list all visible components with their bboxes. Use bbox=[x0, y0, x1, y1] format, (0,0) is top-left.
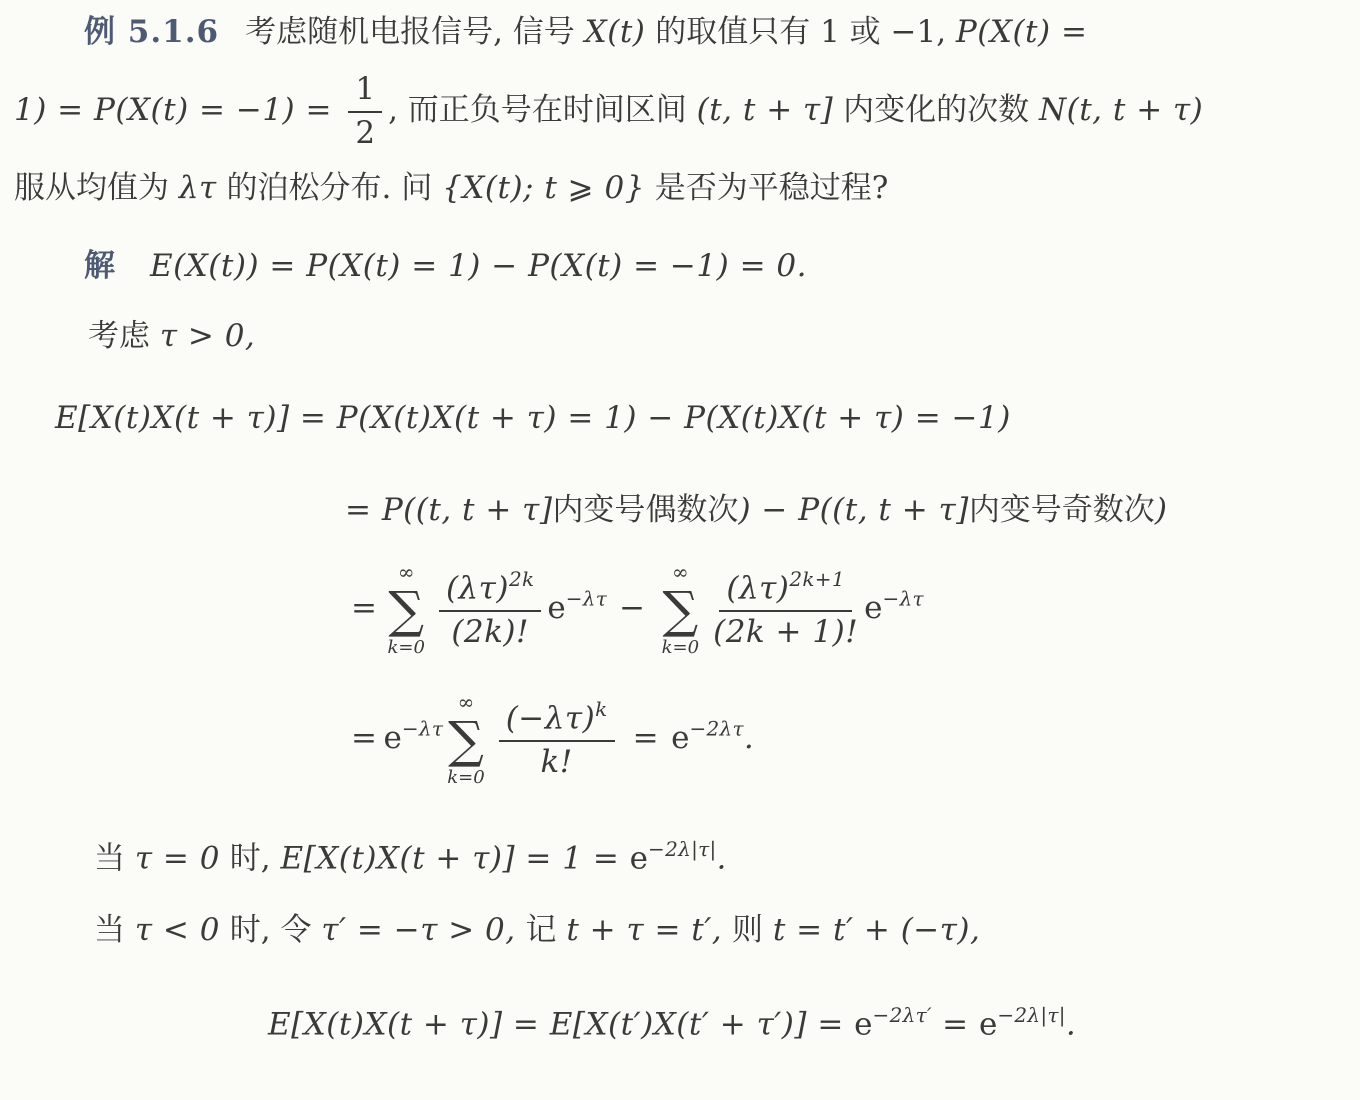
math-run: P(X(t) = bbox=[956, 14, 1088, 50]
sum-lower-limit: k=0 bbox=[387, 637, 424, 660]
math-run: τ < 0 bbox=[135, 912, 220, 948]
text-run: 是否为平稳过程? bbox=[645, 170, 888, 206]
example-number-label: 例 5.1.6 bbox=[84, 14, 219, 50]
exponent: 2k+1 bbox=[789, 567, 845, 591]
math-run: = P((t, t + τ] bbox=[345, 492, 552, 528]
e-base: e bbox=[854, 1006, 872, 1042]
e-base: e bbox=[547, 590, 565, 626]
case-tau-negative-line: 当 τ < 0 时, 令 τ′ = −τ > 0, 记 t + τ = t′, … bbox=[94, 910, 980, 950]
exponent: −2λτ bbox=[689, 717, 743, 741]
math-run: E[X(t)X(t + τ)] = 1 = bbox=[280, 840, 629, 876]
exponent: 2k bbox=[509, 567, 534, 591]
fraction-denominator: 2 bbox=[355, 113, 375, 152]
equals-sign: = bbox=[932, 1006, 979, 1042]
solve-label: 解 bbox=[84, 248, 116, 284]
e-base: e bbox=[630, 840, 648, 876]
math-run: (t, t + τ] bbox=[697, 92, 834, 128]
text-run: 则 bbox=[722, 912, 773, 948]
sum-lower-limit: k=0 bbox=[662, 637, 699, 660]
equation-4: =e−λτ∞∑k=0(−λτ)kk!=e−2λτ. bbox=[345, 690, 754, 789]
e-base: e bbox=[383, 720, 401, 756]
fraction-denominator: (2k + 1)! bbox=[713, 612, 858, 651]
fraction-denominator: k! bbox=[541, 742, 573, 781]
text-run: 当 bbox=[94, 912, 135, 948]
e-base: e bbox=[671, 720, 689, 756]
fraction: (−λτ)kk! bbox=[499, 698, 615, 781]
sigma-icon: ∑ bbox=[448, 715, 484, 767]
summation-symbol: ∞∑k=0 bbox=[447, 690, 484, 789]
fraction-denominator: (2k)! bbox=[451, 612, 529, 651]
math-run: E[X(t)X(t + τ)] = P(X(t)X(t + τ) = 1) − … bbox=[55, 400, 1011, 436]
problem-line-1: 例 5.1.6考虑随机电报信号, 信号 X(t) 的取值只有 1 或 −1, P… bbox=[84, 12, 1087, 52]
fraction: (λτ)2k(2k)! bbox=[439, 568, 541, 651]
period: . bbox=[717, 840, 727, 876]
summation-symbol: ∞∑k=0 bbox=[387, 560, 424, 659]
text-run: 内变号偶数次 bbox=[552, 492, 738, 528]
text-run: 时, bbox=[220, 840, 281, 876]
exponent: −2λ|τ| bbox=[648, 837, 717, 861]
equals-sign: = bbox=[351, 590, 377, 626]
sigma-icon: ∑ bbox=[388, 585, 424, 637]
e-base: e bbox=[864, 590, 882, 626]
text-run: 记 bbox=[516, 912, 567, 948]
math-run: 1) = P(X(t) = −1) = bbox=[14, 92, 342, 128]
equation-3: =∞∑k=0(λτ)2k(2k)!e−λτ−∞∑k=0(λτ)2k+1(2k +… bbox=[345, 560, 924, 659]
text-run: , 而正负号在时间区间 bbox=[388, 92, 697, 128]
one-half-fraction: 12 bbox=[348, 72, 382, 151]
math-run: (λτ) bbox=[446, 571, 509, 607]
math-run: τ = 0 bbox=[135, 840, 220, 876]
math-run: λτ bbox=[179, 170, 217, 206]
sum-lower-limit: k=0 bbox=[447, 767, 484, 790]
math-run: (−λτ) bbox=[506, 701, 595, 737]
e-base: e bbox=[979, 1006, 997, 1042]
fraction-numerator: (λτ)2k bbox=[439, 568, 541, 612]
equation-1: E[X(t)X(t + τ)] = P(X(t)X(t + τ) = 1) − … bbox=[55, 398, 1011, 438]
equals-sign: = bbox=[633, 720, 659, 756]
solution-line-1: 解E(X(t)) = P(X(t) = 1) − P(X(t) = −1) = … bbox=[84, 246, 807, 286]
text-run: 服从均值为 bbox=[14, 170, 179, 206]
text-run: 考虑随机电报信号, 信号 bbox=[245, 14, 585, 50]
text-run: 考虑 bbox=[88, 318, 160, 354]
exponent: k bbox=[595, 697, 607, 721]
math-run: E[X(t)X(t + τ)] = E[X(t′)X(t′ + τ′)] = bbox=[268, 1006, 854, 1042]
sigma-icon: ∑ bbox=[663, 585, 699, 637]
math-run: X(t) bbox=[585, 14, 646, 50]
fraction: (λτ)2k+1(2k + 1)! bbox=[713, 568, 858, 651]
fraction-numerator: (−λτ)k bbox=[499, 698, 615, 742]
text-run: 当 bbox=[94, 840, 135, 876]
exponent: −λτ bbox=[402, 717, 443, 741]
equation-2: = P((t, t + τ]内变号偶数次) − P((t, t + τ]内变号奇… bbox=[345, 490, 1167, 530]
period: . bbox=[744, 720, 754, 756]
exponent: −λτ bbox=[883, 587, 924, 611]
math-run: ) bbox=[1155, 492, 1168, 528]
math-run: {X(t); t ⩾ 0} bbox=[442, 170, 645, 206]
text-run: 的取值只有 1 或 −1, bbox=[645, 14, 956, 50]
fraction-numerator: (λτ)2k+1 bbox=[719, 568, 852, 612]
minus-sign: − bbox=[619, 590, 645, 626]
textbook-page: 例 5.1.6考虑随机电报信号, 信号 X(t) 的取值只有 1 或 −1, P… bbox=[0, 0, 1360, 1100]
solution-line-2: 考虑 τ > 0, bbox=[88, 316, 255, 356]
exponent: −2λτ′ bbox=[873, 1003, 932, 1027]
problem-line-3: 服从均值为 λτ 的泊松分布. 问 {X(t); t ⩾ 0} 是否为平稳过程? bbox=[14, 168, 888, 208]
period: . bbox=[1066, 1006, 1076, 1042]
problem-line-2: 1) = P(X(t) = −1) = 12, 而正负号在时间区间 (t, t … bbox=[14, 72, 1203, 151]
exponent: −λτ bbox=[566, 587, 607, 611]
math-run: ) − P((t, t + τ] bbox=[738, 492, 968, 528]
math-run: τ > 0, bbox=[160, 318, 255, 354]
math-run: (λτ) bbox=[726, 571, 789, 607]
fraction-numerator: 1 bbox=[348, 72, 382, 113]
math-run: N(t, t + τ) bbox=[1039, 92, 1203, 128]
text-run: 时, 令 bbox=[220, 912, 321, 948]
math-run: τ′ = −τ > 0, bbox=[321, 912, 515, 948]
final-equation: E[X(t)X(t + τ)] = E[X(t′)X(t′ + τ′)] = e… bbox=[268, 1002, 1076, 1045]
exponent: −2λ|τ| bbox=[997, 1003, 1066, 1027]
equals-sign: = bbox=[351, 720, 377, 756]
math-run: E(X(t)) = P(X(t) = 1) − P(X(t) = −1) = 0… bbox=[150, 248, 807, 284]
text-run: 内变化的次数 bbox=[833, 92, 1039, 128]
math-run: t + τ = t′, bbox=[566, 912, 722, 948]
math-run: t = t′ + (−τ), bbox=[773, 912, 981, 948]
case-tau-zero-line: 当 τ = 0 时, E[X(t)X(t + τ)] = 1 = e−2λ|τ|… bbox=[94, 836, 727, 879]
text-run: 内变号奇数次 bbox=[969, 492, 1155, 528]
text-run: 的泊松分布. 问 bbox=[217, 170, 442, 206]
summation-symbol: ∞∑k=0 bbox=[662, 560, 699, 659]
